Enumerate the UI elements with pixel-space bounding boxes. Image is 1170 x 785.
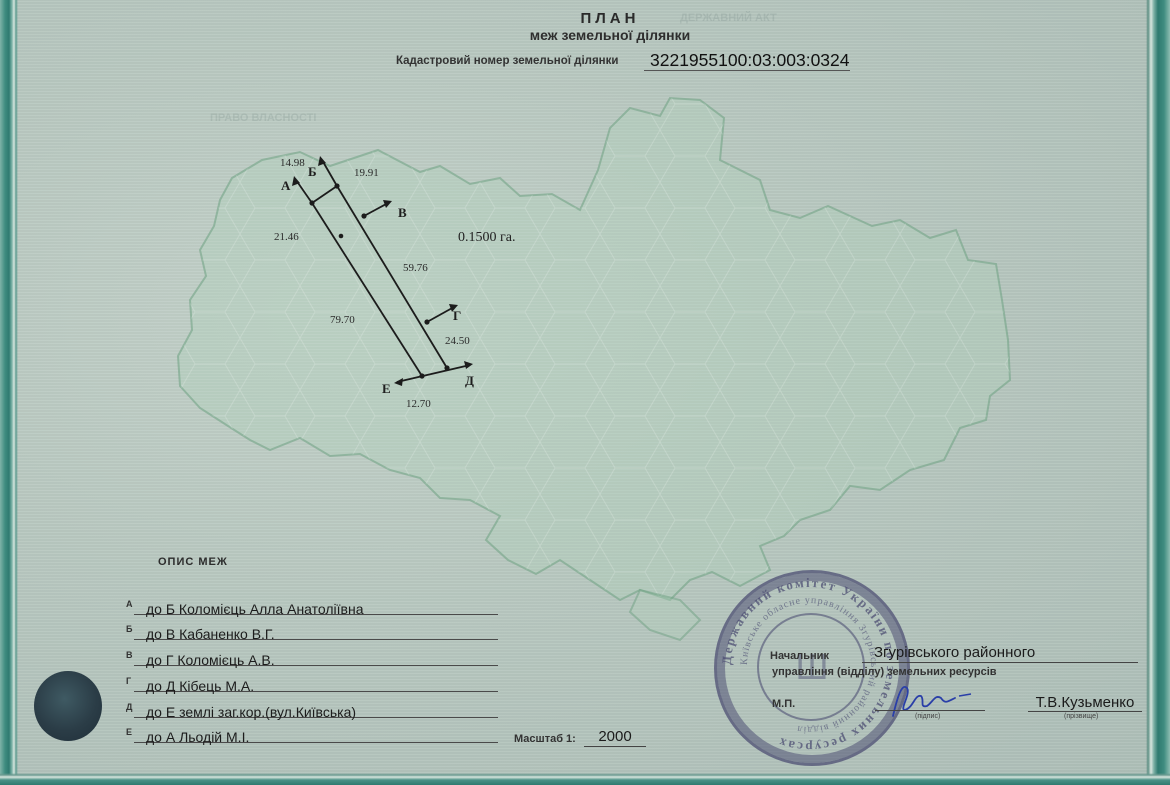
plot-drawing — [296, 160, 470, 382]
boundaries-title: ОПИС МЕЖ — [158, 556, 228, 568]
left-security-border — [0, 0, 18, 785]
plot-vertices — [309, 183, 449, 378]
plot-arrowheads — [292, 156, 473, 386]
official-name: Т.В.Кузьменко — [1028, 695, 1142, 712]
boundary-key: А — [126, 599, 133, 609]
signature-caption: (підпис) — [915, 713, 940, 720]
document-subtitle: меж земельної ділянки — [490, 27, 730, 43]
boundary-row: Е до А Льодій М.І. — [126, 729, 498, 749]
right-security-border — [1146, 0, 1170, 785]
boundary-row: Г до Д Кібець М.А. — [126, 678, 498, 698]
bottom-security-border — [0, 773, 1170, 785]
dimension-gd: 24.50 — [445, 335, 470, 347]
dimension-vg: 59.76 — [403, 262, 428, 274]
dimension-de: 12.70 — [406, 398, 431, 410]
boundary-row: Д до Е землі заг.кор.(вул.Київська) — [126, 704, 498, 724]
head-value: Згурівського районного — [862, 644, 1138, 663]
boundary-key: Е — [126, 727, 132, 737]
boundary-key: В — [126, 650, 133, 660]
head-label: Начальник — [770, 650, 829, 662]
point-label-e: Е — [382, 381, 391, 397]
cadastral-number-label: Кадастровий номер земельної ділянки — [396, 55, 618, 67]
boundary-row: А до Б Коломієць Алла Анатоліївна — [126, 601, 498, 621]
seal-place-label: М.П. — [772, 698, 795, 710]
point-label-g: Г — [453, 308, 461, 324]
watermark-text: ПРАВО ВЛАСНОСТІ — [210, 112, 316, 124]
boundary-text: до В Кабаненко В.Г. — [146, 626, 275, 642]
dimension-bv: 19.91 — [354, 167, 379, 179]
point-label-a: А — [281, 178, 290, 194]
dimension-ab: 14.98 — [280, 157, 305, 169]
punch-hole — [34, 671, 102, 741]
point-label-d: Д — [465, 373, 474, 389]
boundary-text: до Г Коломієць А.В. — [146, 652, 275, 668]
boundary-text: до Е землі заг.кор.(вул.Київська) — [146, 704, 356, 720]
ukraine-outline — [178, 98, 1010, 600]
dimension-ea: 79.70 — [330, 314, 355, 326]
boundary-row: Б до В Кабаненко В.Г. — [126, 626, 498, 646]
signature-line — [875, 710, 985, 711]
boundary-text: до Б Коломієць Алла Анатоліївна — [146, 601, 364, 617]
document-sheet: ДЕРЖАВНИЙ АКТ ПРАВО ВЛАСНОСТІ — [0, 0, 1170, 785]
scale-label: Масштаб 1: — [514, 733, 576, 745]
watermark-text: ДЕРЖАВНИЙ АКТ — [680, 12, 777, 24]
cadastral-number-value: 3221955100:03:003:0324 — [644, 50, 850, 71]
boundary-key: Д — [126, 702, 132, 712]
point-label-b: Б — [308, 164, 317, 180]
point-label-v: В — [398, 205, 407, 221]
document-title: ПЛАН — [560, 10, 660, 27]
boundary-row: В до Г Коломієць А.В. — [126, 652, 498, 672]
scale-value: 2000 — [584, 728, 646, 747]
boundary-text: до А Льодій М.І. — [146, 729, 249, 745]
boundary-text: до Д Кібець М.А. — [146, 678, 254, 694]
boundary-key: Б — [126, 624, 132, 634]
plot-area: 0.1500 га. — [458, 230, 515, 246]
department-label: управління (відділу) земельних ресурсів — [772, 666, 997, 678]
boundary-key: Г — [126, 676, 131, 686]
name-caption: (прізвище) — [1064, 713, 1098, 720]
dimension-a-side: 21.46 — [274, 231, 299, 243]
